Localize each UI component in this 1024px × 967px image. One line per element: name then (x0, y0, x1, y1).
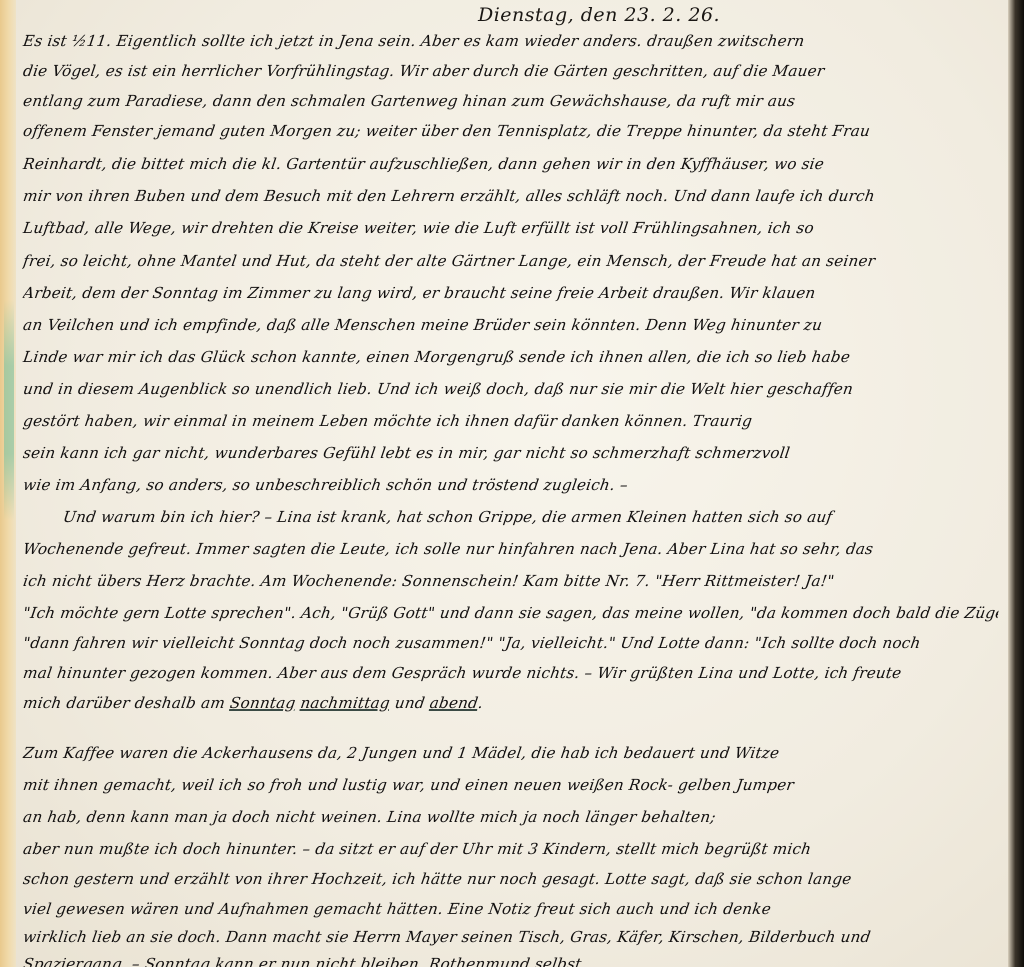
handwritten-line: und in diesem Augenblick so unendlich li… (22, 380, 1000, 398)
date-header: Dienstag, den 23. 2. 26. (478, 4, 720, 26)
handwritten-line: aber nun mußte ich doch hinunter. – da s… (22, 840, 1000, 858)
underlined-word: Sonntag (229, 694, 297, 712)
handwritten-line: mit ihnen gemacht, weil ich so froh und … (22, 776, 1000, 794)
handwritten-line: an hab, denn kann man ja doch nicht wein… (22, 808, 1000, 826)
page-gutter-shadow (1008, 0, 1024, 967)
handwritten-line: Arbeit, dem der Sonntag im Zimmer zu lan… (22, 284, 1000, 302)
handwritten-line-indented: Und warum bin ich hier? – Lina ist krank… (62, 508, 1000, 526)
handwritten-line: "Ich möchte gern Lotte sprechen". Ach, "… (22, 604, 1000, 622)
binding-stain (4, 300, 14, 520)
handwritten-line: an Veilchen und ich empfinde, daß alle M… (22, 316, 1000, 334)
handwritten-line: ich nicht übers Herz brachte. Am Wochene… (22, 572, 1000, 590)
underlined-word: abend (429, 694, 480, 712)
handwritten-line: wie im Anfang, so anders, so unbeschreib… (22, 476, 1000, 494)
handwritten-line: schon gestern und erzählt von ihrer Hoch… (22, 870, 1000, 888)
handwritten-line: wirklich lieb an sie doch. Dann macht si… (22, 928, 1000, 946)
handwritten-line: mal hinunter gezogen kommen. Aber aus de… (22, 664, 1000, 682)
handwritten-line: Zum Kaffee waren die Ackerhausens da, 2 … (22, 744, 1000, 762)
handwritten-line: viel gewesen wären und Aufnahmen gemacht… (22, 900, 1000, 918)
handwritten-line: die Vögel, es ist ein herrlicher Vorfrüh… (22, 62, 1000, 80)
handwritten-line-underlined: mich darüber deshalb am Sonntag nachmitt… (22, 694, 1000, 712)
handwritten-line: mir von ihren Buben und dem Besuch mit d… (22, 187, 1000, 205)
handwritten-line: sein kann ich gar nicht, wunderbares Gef… (22, 444, 1000, 462)
handwritten-line: frei, so leicht, ohne Mantel und Hut, da… (22, 252, 1000, 270)
handwritten-line: Linde war mir ich das Glück schon kannte… (22, 348, 1000, 366)
diary-page: Dienstag, den 23. 2. 26. Es ist ½11. Eig… (0, 0, 1024, 967)
handwritten-line: Luftbad, alle Wege, wir drehten die Krei… (22, 219, 1000, 237)
handwritten-line: Reinhardt, die bittet mich die kl. Garte… (22, 155, 1000, 173)
handwritten-line: entlang zum Paradiese, dann den schmalen… (22, 92, 1000, 110)
handwritten-line: Es ist ½11. Eigentlich sollte ich jetzt … (22, 32, 1000, 50)
handwritten-line: Wochenende gefreut. Immer sagten die Leu… (22, 540, 1000, 558)
handwritten-line: gestört haben, wir einmal in meinem Lebe… (22, 412, 1000, 430)
underlined-word: nachmittag (299, 694, 391, 712)
handwritten-line: Spaziergang, – Sonntag kann er nun nicht… (22, 955, 1000, 967)
handwritten-line: "dann fahren wir vielleicht Sonntag doch… (22, 634, 1000, 652)
handwritten-line: offenem Fenster jemand guten Morgen zu; … (22, 122, 1000, 140)
